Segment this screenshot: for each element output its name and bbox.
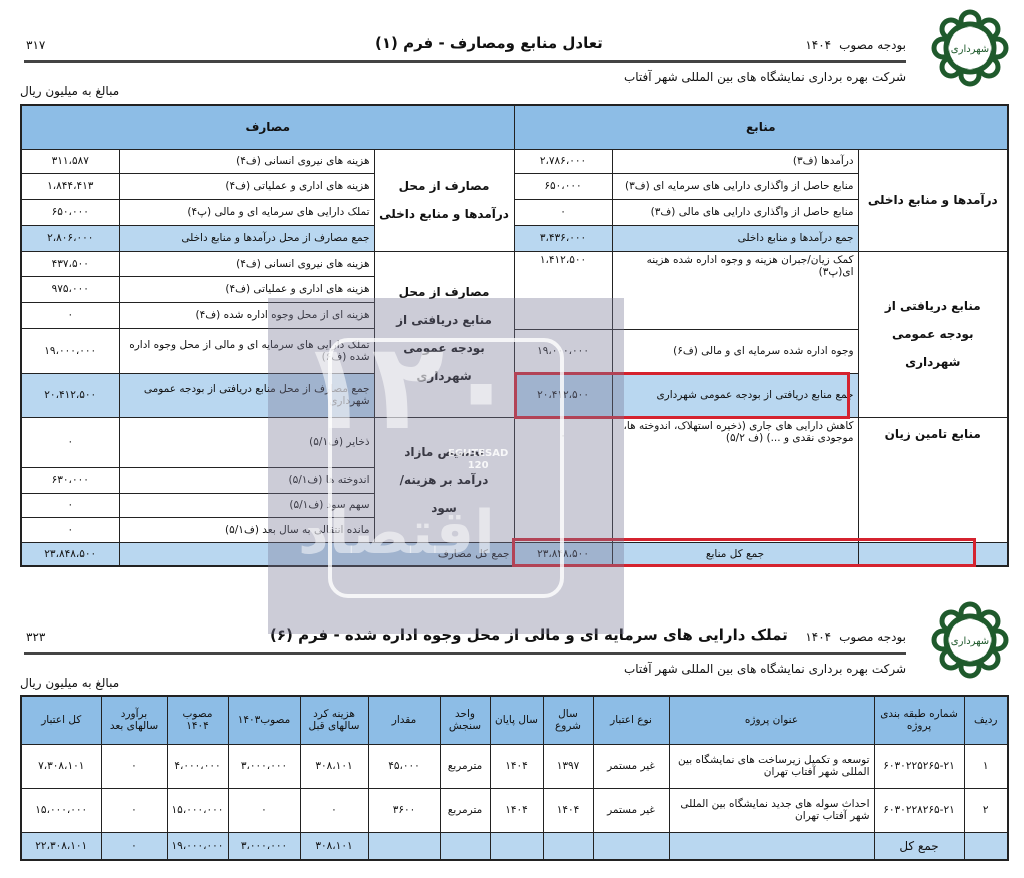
cell-quantity: ۴۵،۰۰۰ xyxy=(368,744,440,788)
sources-uses-table: منابع مصارف درآمدها و منابع داخلی درآمده… xyxy=(20,104,1009,567)
cell-approved-1403: ۳،۰۰۰،۰۰۰ xyxy=(228,744,300,788)
col-header-start-year: سال شروع xyxy=(543,696,593,744)
total-label: جمع کل xyxy=(874,832,964,860)
cell-empty xyxy=(964,832,1008,860)
use-subtotal-value: ۲۰،۴۱۲،۵۰۰ xyxy=(21,373,119,417)
use-row-value: ۰ xyxy=(21,417,119,467)
total-future: ۰ xyxy=(101,832,167,860)
source-subtotal-label: جمع منابع دریافتی از بودجه عمومی شهرداری xyxy=(612,373,858,417)
use-row-label: مانده انتقالی به سال بعد (ف۵/۱) xyxy=(119,517,374,542)
col-header-total: کل اعتبار xyxy=(21,696,101,744)
use-row-value: ۰ xyxy=(21,493,119,517)
use-row-label: هزینه های نیروی انسانی (ف۴) xyxy=(119,251,374,276)
cell-empty xyxy=(669,832,874,860)
use-subtotal-value: ۲،۸۰۶،۰۰۰ xyxy=(21,225,119,251)
use-row-value: ۰ xyxy=(21,302,119,328)
header-divider xyxy=(24,60,906,63)
cell-empty xyxy=(368,832,440,860)
form1-header: شهرداری بودجه مصوب۱۴۰۴ تعادل منابع ومصار… xyxy=(20,8,1010,98)
budget-label: بودجه مصوب۱۴۰۴ xyxy=(805,38,906,52)
col-header-quantity: مقدار xyxy=(368,696,440,744)
cell-future: ۰ xyxy=(101,744,167,788)
cell-start-year: ۱۴۰۴ xyxy=(543,788,593,832)
col-header-approved-1404: مصوب ۱۴۰۴ xyxy=(167,696,228,744)
uses-grand-total-value: ۲۳،۸۴۸،۵۰۰ xyxy=(21,542,119,566)
source-group-loss: منابع تامین زیان xyxy=(858,417,1008,542)
use-group-municipal: مصارف از محل منابع دریافتی از بودجه عموم… xyxy=(374,251,514,417)
cell-quantity: ۳۶۰۰ xyxy=(368,788,440,832)
source-group-municipal: منابع دریافتی از بودجه عمومی شهرداری xyxy=(858,251,1008,417)
use-group-internal: مصارف از محل درآمدها و منابع داخلی xyxy=(374,149,514,251)
use-row-value: ۶۳۰،۰۰۰ xyxy=(21,467,119,493)
cell-start-year: ۱۳۹۷ xyxy=(543,744,593,788)
use-row-label: تملک دارایی های سرمایه ای و مالی از محل … xyxy=(119,328,374,373)
col-header-prev-spent: هزینه کرد سالهای قبل xyxy=(300,696,368,744)
cell-empty xyxy=(543,832,593,860)
use-row-label: هزینه های اداری و عملیاتی (ف۴) xyxy=(119,173,374,199)
source-subtotal-value: ۳،۴۳۶،۰۰۰ xyxy=(514,225,612,251)
source-row-value: ۰ xyxy=(514,199,612,225)
company-name: شرکت بهره برداری نمایشگاه های بین المللی… xyxy=(624,662,906,676)
sources-grand-total-label: جمع کل منابع xyxy=(612,542,858,566)
use-row-label: اندوخته ها (ف۵/۱) xyxy=(119,467,374,493)
col-header-title: عنوان پروژه xyxy=(669,696,874,744)
source-row-value: ۶۵۰،۰۰۰ xyxy=(514,173,612,199)
cell-total: ۷،۳۰۸،۱۰۱ xyxy=(21,744,101,788)
cell-end-year: ۱۴۰۴ xyxy=(490,788,543,832)
total-prev-spent: ۳۰۸،۱۰۱ xyxy=(300,832,368,860)
source-row-value: ۲،۷۸۶،۰۰۰ xyxy=(514,149,612,173)
company-name: شرکت بهره برداری نمایشگاه های بین المللی… xyxy=(624,70,906,84)
cell-prev-spent: ۳۰۸،۱۰۱ xyxy=(300,744,368,788)
cell-empty xyxy=(490,832,543,860)
cell-prev-spent: ۰ xyxy=(300,788,368,832)
cell-credit-type: غیر مستمر xyxy=(593,788,669,832)
source-row-label: درآمدها (ف۳) xyxy=(612,149,858,173)
col-header-end-year: سال پایان xyxy=(490,696,543,744)
col-header-future: برآورد سالهای بعد xyxy=(101,696,167,744)
unit-label: مبالغ به میلیون ریال xyxy=(20,84,119,98)
source-row-label: منابع حاصل از واگذاری دارایی های مالی (ف… xyxy=(612,199,858,225)
source-row-label: کاهش دارایی های جاری (ذخیره استهلاک، اند… xyxy=(612,417,858,542)
tehran-municipality-logo-icon: شهرداری xyxy=(930,600,1010,680)
use-row-value: ۹۷۵،۰۰۰ xyxy=(21,276,119,302)
use-row-value: ۱۹،۰۰۰،۰۰۰ xyxy=(21,328,119,373)
page-number: ۳۱۷ xyxy=(26,38,45,52)
tehran-municipality-logo-icon: شهرداری xyxy=(930,8,1010,88)
cell-title: احداث سوله های جدید نمایشگاه بین المللی … xyxy=(669,788,874,832)
capital-assets-table: ردیف شماره طبقه بندی پروژه عنوان پروژه ن… xyxy=(20,695,1009,861)
total-approved-1404: ۱۹،۰۰۰،۰۰۰ xyxy=(167,832,228,860)
cell-approved-1404: ۱۵،۰۰۰،۰۰۰ xyxy=(167,788,228,832)
header-divider xyxy=(24,652,906,655)
use-row-value: ۱،۸۴۴،۴۱۳ xyxy=(21,173,119,199)
cell-row: ۲ xyxy=(964,788,1008,832)
use-group-surplus: تخصیص مازاد درآمد بر هزینه/سود xyxy=(374,417,514,542)
source-group-internal: درآمدها و منابع داخلی xyxy=(858,149,1008,251)
sources-grand-total-value: ۲۳،۸۴۸،۵۰۰ xyxy=(514,542,612,566)
svg-text:شهرداری: شهرداری xyxy=(951,636,989,647)
source-row-label: منابع حاصل از واگذاری دارایی های سرمایه … xyxy=(612,173,858,199)
use-row-label: تملک دارایی های سرمایه ای و مالی (پ۴) xyxy=(119,199,374,225)
use-row-value: ۴۳۷،۵۰۰ xyxy=(21,251,119,276)
source-row-label: وجوه اداره شده سرمایه ای و مالی (ف۶) xyxy=(612,329,858,373)
table-row: ۱ ۶۰۳۰۲۲۵۲۶۵-۲۱ توسعه و تکمیل زیرساخت ها… xyxy=(21,744,1008,788)
use-subtotal-label: جمع مصارف از محل درآمدها و منابع داخلی xyxy=(119,225,374,251)
table-row: ۲ ۶۰۳۰۲۲۸۲۶۵-۲۱ احداث سوله های جدید نمای… xyxy=(21,788,1008,832)
page-title: تملک دارایی های سرمایه ای و مالی از محل … xyxy=(270,626,788,644)
cell-empty xyxy=(593,832,669,860)
form6-header: شهرداری بودجه مصوب۱۴۰۴ تملک دارایی های س… xyxy=(20,600,1010,690)
cell-code: ۶۰۳۰۲۲۵۲۶۵-۲۱ xyxy=(874,744,964,788)
source-row-label: کمک زیان/جبران هزینه و وجوه اداره شده هز… xyxy=(612,251,858,329)
total-total: ۲۲،۳۰۸،۱۰۱ xyxy=(21,832,101,860)
page-number: ۳۲۳ xyxy=(26,630,45,644)
cell-approved-1403: ۰ xyxy=(228,788,300,832)
use-row-label: هزینه های نیروی انسانی (ف۴) xyxy=(119,149,374,173)
col-header-row: ردیف xyxy=(964,696,1008,744)
total-approved-1403: ۳،۰۰۰،۰۰۰ xyxy=(228,832,300,860)
uses-grand-total-label: جمع کل مصارف xyxy=(119,542,514,566)
col-header-credit-type: نوع اعتبار xyxy=(593,696,669,744)
cell-row: ۱ xyxy=(964,744,1008,788)
use-row-label: هزینه ای از محل وجوه اداره شده (ف۴) xyxy=(119,302,374,328)
source-subtotal-value: ۲۰،۴۱۲،۵۰۰ xyxy=(514,373,612,417)
use-row-value: ۶۵۰،۰۰۰ xyxy=(21,199,119,225)
cell-empty xyxy=(440,832,490,860)
source-row-value: ۱۹،۰۰۰،۰۰۰ xyxy=(514,329,612,373)
unit-label: مبالغ به میلیون ریال xyxy=(20,676,119,690)
cell-total: ۱۵،۰۰۰،۰۰۰ xyxy=(21,788,101,832)
page-title: تعادل منابع ومصارف - فرم (۱) xyxy=(375,34,603,52)
source-row-value: ۱،۴۱۲،۵۰۰ xyxy=(514,251,612,329)
total-row: جمع کل ۳۰۸،۱۰۱ ۳،۰۰۰،۰۰۰ ۱۹،۰۰۰،۰۰۰ ۰ ۲۲… xyxy=(21,832,1008,860)
use-row-label: ذخایر (ف۵/۱) xyxy=(119,417,374,467)
use-row-value: ۳۱۱،۵۸۷ xyxy=(21,149,119,173)
cell-future: ۰ xyxy=(101,788,167,832)
cell-unit: مترمربع xyxy=(440,744,490,788)
col-header-code: شماره طبقه بندی پروژه xyxy=(874,696,964,744)
uses-header: مصارف xyxy=(21,105,514,149)
cell-credit-type: غیر مستمر xyxy=(593,744,669,788)
cell-unit: مترمربع xyxy=(440,788,490,832)
source-subtotal-label: جمع درآمدها و منابع داخلی xyxy=(612,225,858,251)
col-header-approved-1403: مصوب۱۴۰۳ xyxy=(228,696,300,744)
col-header-unit: واحد سنجش xyxy=(440,696,490,744)
cell-title: توسعه و تکمیل زیرساخت های نمایشگاه بین ا… xyxy=(669,744,874,788)
use-subtotal-label: جمع مصارف از محل منابع دریافتی از بودجه … xyxy=(119,373,374,417)
cell-approved-1404: ۴،۰۰۰،۰۰۰ xyxy=(167,744,228,788)
sources-header: منابع xyxy=(514,105,1008,149)
budget-label: بودجه مصوب۱۴۰۴ xyxy=(805,630,906,644)
svg-text:شهرداری: شهرداری xyxy=(951,44,989,55)
cell-end-year: ۱۴۰۴ xyxy=(490,744,543,788)
use-row-label: سهم سود (ف۵/۱) xyxy=(119,493,374,517)
source-row-value: ۰ xyxy=(514,417,612,542)
grand-total-spacer xyxy=(858,542,1008,566)
use-row-label: هزینه های اداری و عملیاتی (ف۴) xyxy=(119,276,374,302)
cell-code: ۶۰۳۰۲۲۸۲۶۵-۲۱ xyxy=(874,788,964,832)
use-row-value: ۰ xyxy=(21,517,119,542)
